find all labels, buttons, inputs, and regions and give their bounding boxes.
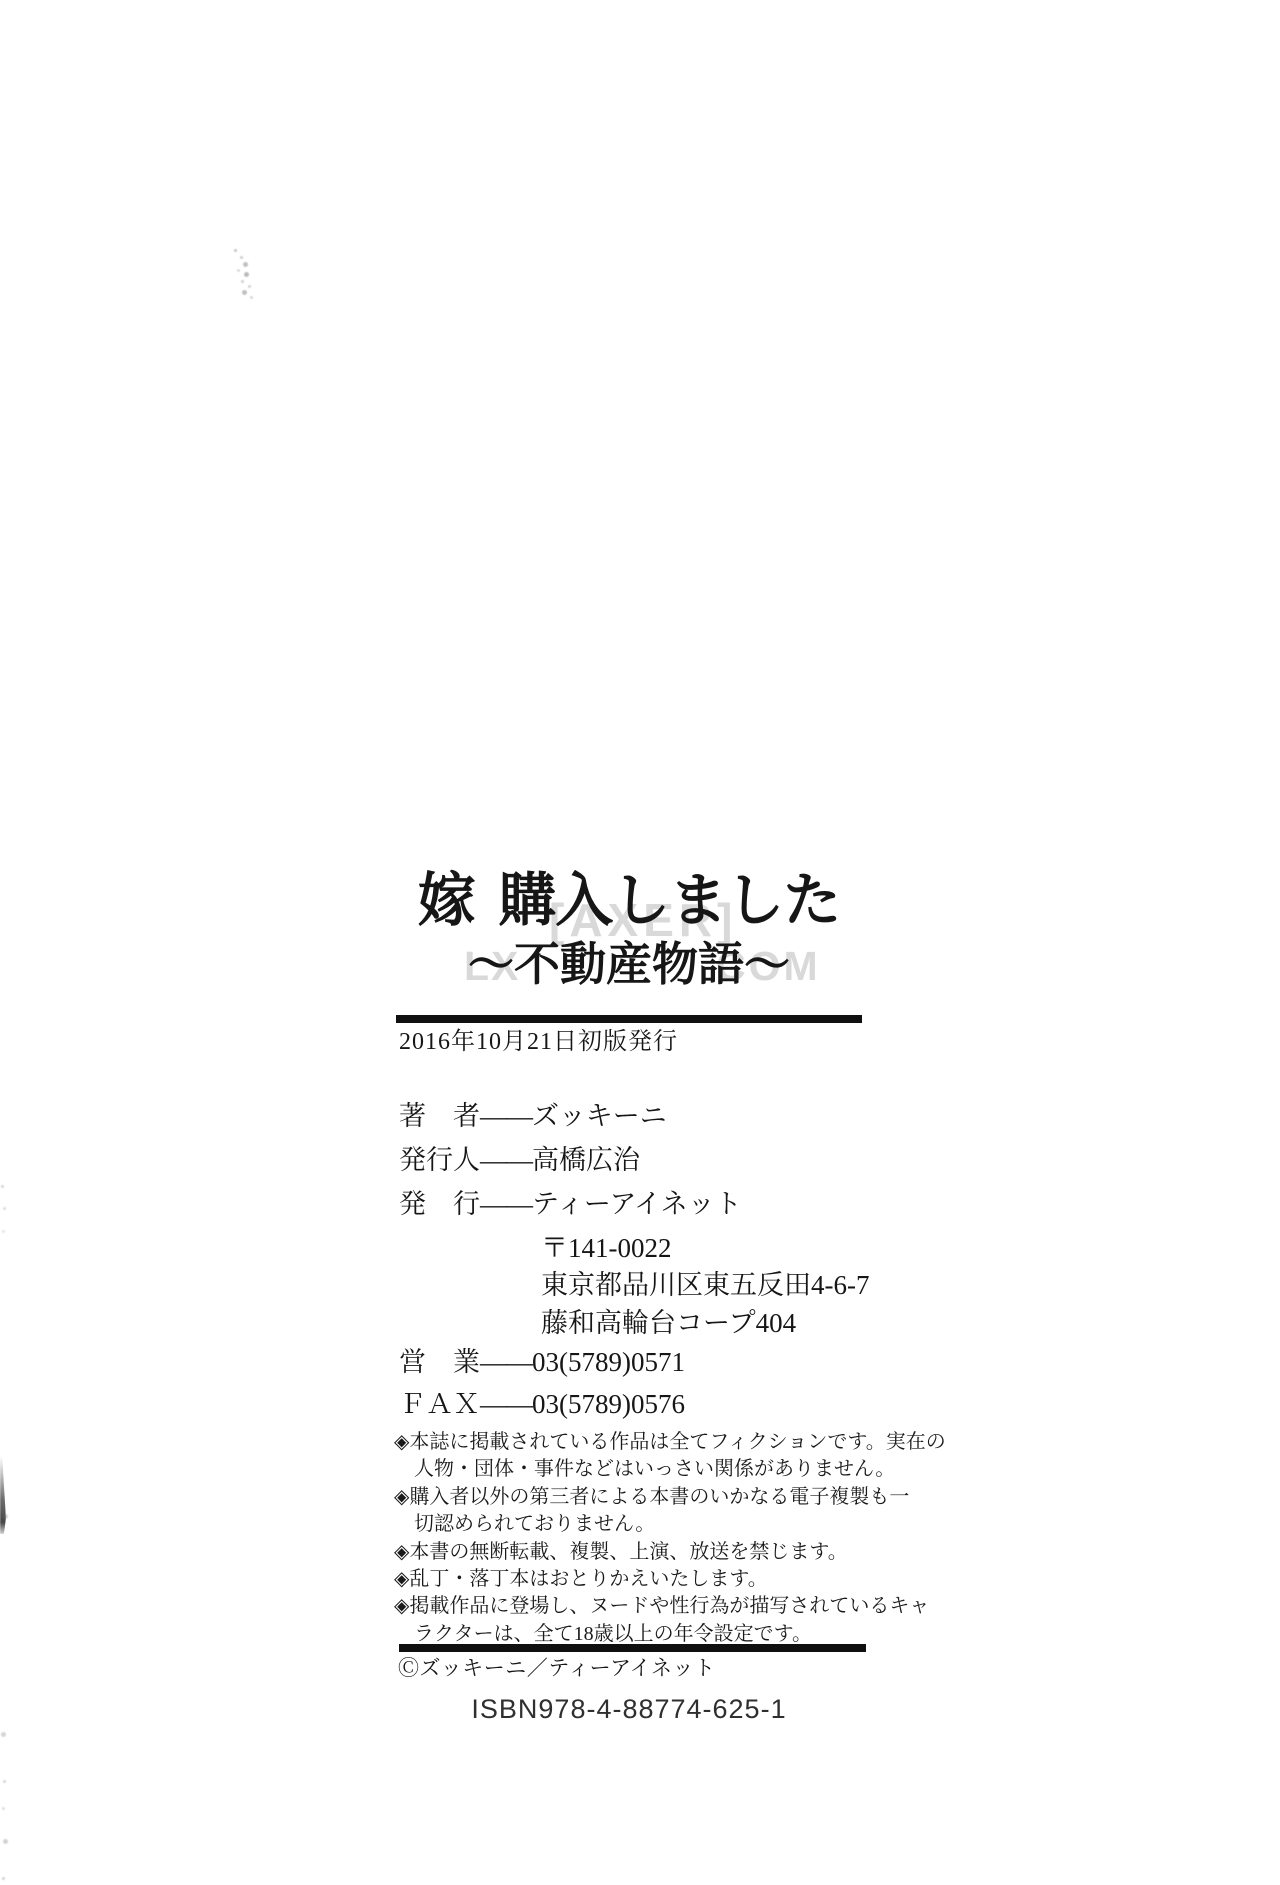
sales-phone-number: 03(5789)0571 bbox=[532, 1347, 685, 1377]
credit-publisher-row: 発 行——ティーアイネット bbox=[399, 1191, 742, 1218]
credit-publisher-dash: —— bbox=[480, 1189, 532, 1219]
credit-publisher-person-label: 発行人 bbox=[399, 1145, 480, 1175]
credit-author-label: 著 者 bbox=[399, 1101, 480, 1131]
notice-age-line1: ◈掲載作品に登場し、ヌードや性行為が描写されているキャ bbox=[394, 1593, 880, 1620]
credit-publisher-value: ティーアイネット bbox=[532, 1189, 742, 1219]
credit-publisher-person-value: 高橋広治 bbox=[532, 1145, 640, 1175]
credit-publisher-person-row: 発行人——高橋広治 bbox=[399, 1147, 640, 1174]
notice-digital-copy-line1: ◈購入者以外の第三者による本書のいかなる電子複製も一 bbox=[394, 1484, 880, 1511]
book-subtitle: ～不動産物語～ bbox=[396, 942, 862, 988]
divider-rule-bottom bbox=[399, 1644, 866, 1652]
edition-date: 2016年10月21日初版発行 bbox=[399, 1030, 678, 1054]
legal-notices: ◈本誌に掲載されている作品は全てフィクションです。実在の 人物・団体・事件などは… bbox=[394, 1429, 880, 1648]
isbn-number: ISBN978-4-88774-625-1 bbox=[396, 1696, 862, 1723]
scan-smudge-artifact bbox=[234, 249, 237, 252]
colophon-page: [AXER] LX COM 嫁 購入しました ～不動産物語～ 2016年10月2… bbox=[0, 0, 1280, 1885]
copyright-line: Ⓒズッキーニ／ティーアイネット bbox=[398, 1658, 715, 1679]
divider-rule-top bbox=[396, 1015, 862, 1023]
fax-label: ＦＡＸ bbox=[399, 1389, 480, 1419]
notice-fiction-line1: ◈本誌に掲載されている作品は全てフィクションです。実在の bbox=[394, 1429, 880, 1456]
notice-fiction-line2: 人物・団体・事件などはいっさい関係がありません。 bbox=[394, 1456, 880, 1483]
publisher-address-line2: 藤和高輪台コープ404 bbox=[541, 1310, 796, 1337]
fax-row: ＦＡＸ——03(5789)0576 bbox=[399, 1391, 685, 1418]
credit-author-dash: —— bbox=[480, 1101, 532, 1131]
scan-edge-specks bbox=[1, 1185, 4, 1188]
book-title: 嫁 購入しました bbox=[396, 872, 862, 930]
credit-publisher-label: 発 行 bbox=[399, 1189, 480, 1219]
notice-digital-copy-line2: 切認められておりません。 bbox=[394, 1511, 880, 1538]
fax-number: 03(5789)0576 bbox=[532, 1389, 685, 1419]
sales-phone-row: 営 業——03(5789)0571 bbox=[399, 1349, 685, 1376]
notice-defective-copy: ◈乱丁・落丁本はおとりかえいたします。 bbox=[394, 1566, 880, 1593]
credit-author-value: ズッキーニ bbox=[532, 1101, 667, 1131]
publisher-address-line1: 東京都品川区東五反田4-6-7 bbox=[541, 1272, 869, 1299]
fax-dash: —— bbox=[480, 1389, 532, 1419]
scan-edge-mark bbox=[0, 1456, 6, 1534]
credit-author-row: 著 者——ズッキーニ bbox=[399, 1103, 667, 1130]
publisher-postal-code: 〒141-0022 bbox=[541, 1235, 672, 1262]
credit-publisher-person-dash: —— bbox=[480, 1145, 532, 1175]
sales-label: 営 業 bbox=[399, 1347, 480, 1377]
sales-dash: —— bbox=[480, 1347, 532, 1377]
notice-reproduction: ◈本書の無断転載、複製、上演、放送を禁じます。 bbox=[394, 1539, 880, 1566]
